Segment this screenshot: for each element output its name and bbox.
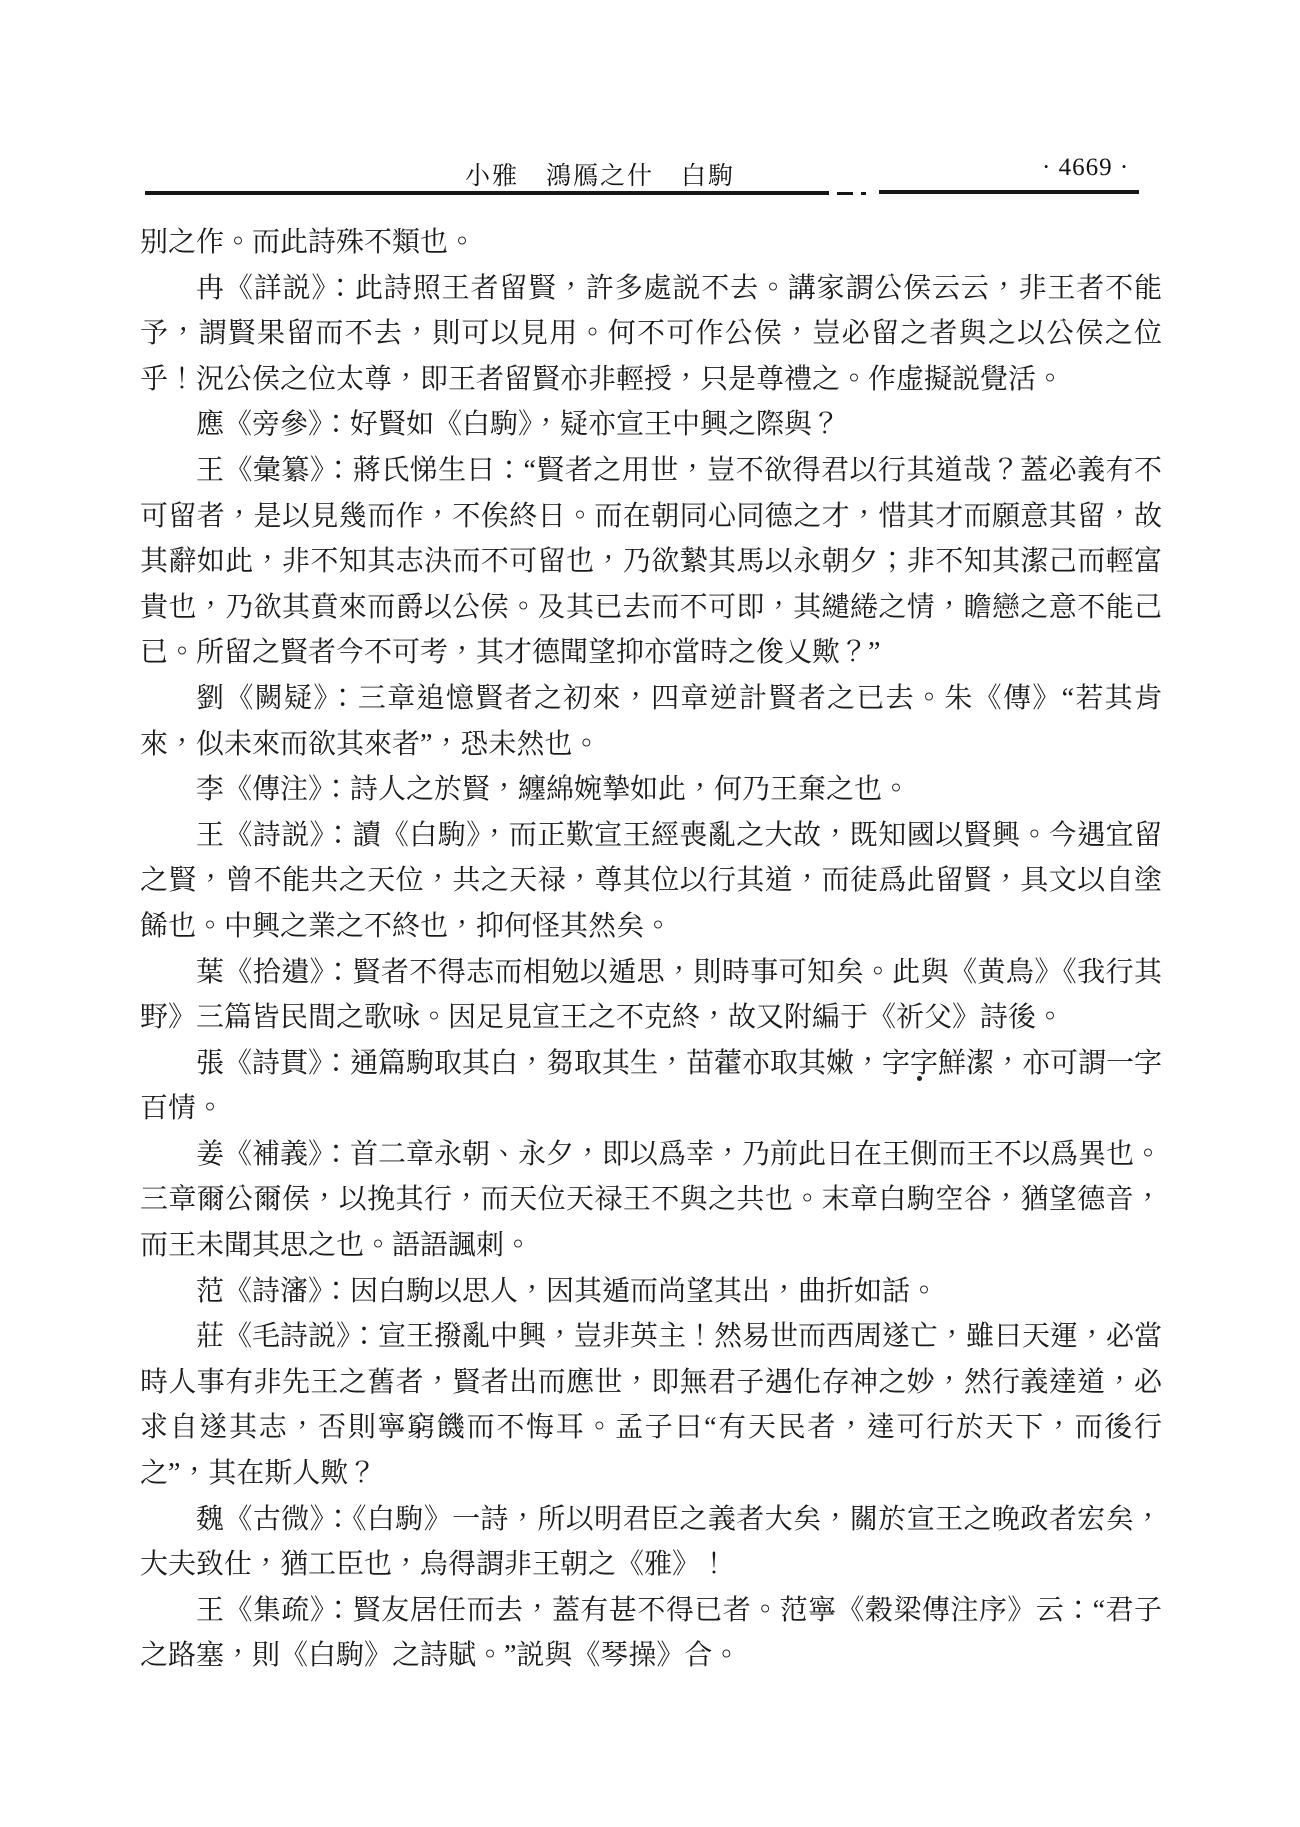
header-rule-dash [837, 192, 853, 195]
commentary-paragraph: 莊《毛詩説》：宣王撥亂中興，豈非英主！然易世而西周遂亡，雖曰天運，必當時人事有非… [140, 1314, 1162, 1496]
commentary-paragraph: 葉《拾遺》：賢者不得志而相勉以遁思，則時事可知矣。此與《黄鳥》《我行其野》三篇皆… [140, 950, 1162, 1041]
header-rule-dot [861, 192, 866, 195]
book-page: 小雅 鴻鴈之什 白駒 · 4669 · 别之作。而此詩殊不類也。 冉《詳説》：此… [0, 0, 1300, 1827]
commentary-paragraph: 范《詩瀋》：因白駒以思人，因其遁而尚望其出，曲折如話。 [140, 1269, 1162, 1315]
commentary-body: 别之作。而此詩殊不類也。 冉《詳説》：此詩照王者留賢，許多處説不去。講家謂公侯云… [140, 220, 1162, 1679]
commentary-paragraph: 王《詩説》：讀《白駒》，而正歎宣王經喪亂之大故，既知國以賢興。今遇宜留之賢，曾不… [140, 813, 1162, 950]
running-title: 小雅 鴻鴈之什 白駒 [465, 156, 735, 192]
commentary-paragraph: 冉《詳説》：此詩照王者留賢，許多處説不去。講家謂公侯云云，非王者不能予，謂賢果留… [140, 266, 1162, 403]
commentary-paragraph: 劉《闕疑》：三章追憶賢者之初來，四章逆計賢者之已去。朱《傳》“若其肯來，似未來而… [140, 676, 1162, 767]
commentary-paragraph: 張《詩貫》：通篇駒取其白，芻取其生，苗藿亦取其嫩，字字鮮潔，亦可謂一字百情。 [140, 1041, 1162, 1132]
header-rule-main [145, 191, 829, 195]
commentary-paragraph: 姜《補義》：首二章永朝、永夕，即以爲幸，乃前此日在王側而王不以爲異也。三章爾公爾… [140, 1132, 1162, 1269]
page-number: · 4669 · [1042, 154, 1129, 182]
header-rule-right [879, 190, 1139, 194]
commentary-paragraph: 李《傳注》：詩人之於賢，纏綿婉摯如此，何乃王棄之也。 [140, 767, 1162, 813]
commentary-paragraph: 應《旁參》：好賢如《白駒》，疑亦宣王中興之際與？ [140, 402, 1162, 448]
scan-speck [917, 1076, 922, 1081]
commentary-paragraph: 魏《古微》：《白駒》一詩，所以明君臣之義者大矣，關於宣王之晚政者宏矣，大夫致仕，… [140, 1497, 1162, 1588]
commentary-paragraph: 王《集疏》：賢友居任而去，蓋有甚不得已者。范寧《穀梁傳注序》云：“君子之路塞，則… [140, 1588, 1162, 1679]
commentary-paragraph: 别之作。而此詩殊不類也。 [140, 220, 1162, 266]
commentary-paragraph: 王《彙纂》：蔣氏悌生曰：“賢者之用世，豈不欲得君以行其道哉？蓋必義有不可留者，是… [140, 448, 1162, 676]
